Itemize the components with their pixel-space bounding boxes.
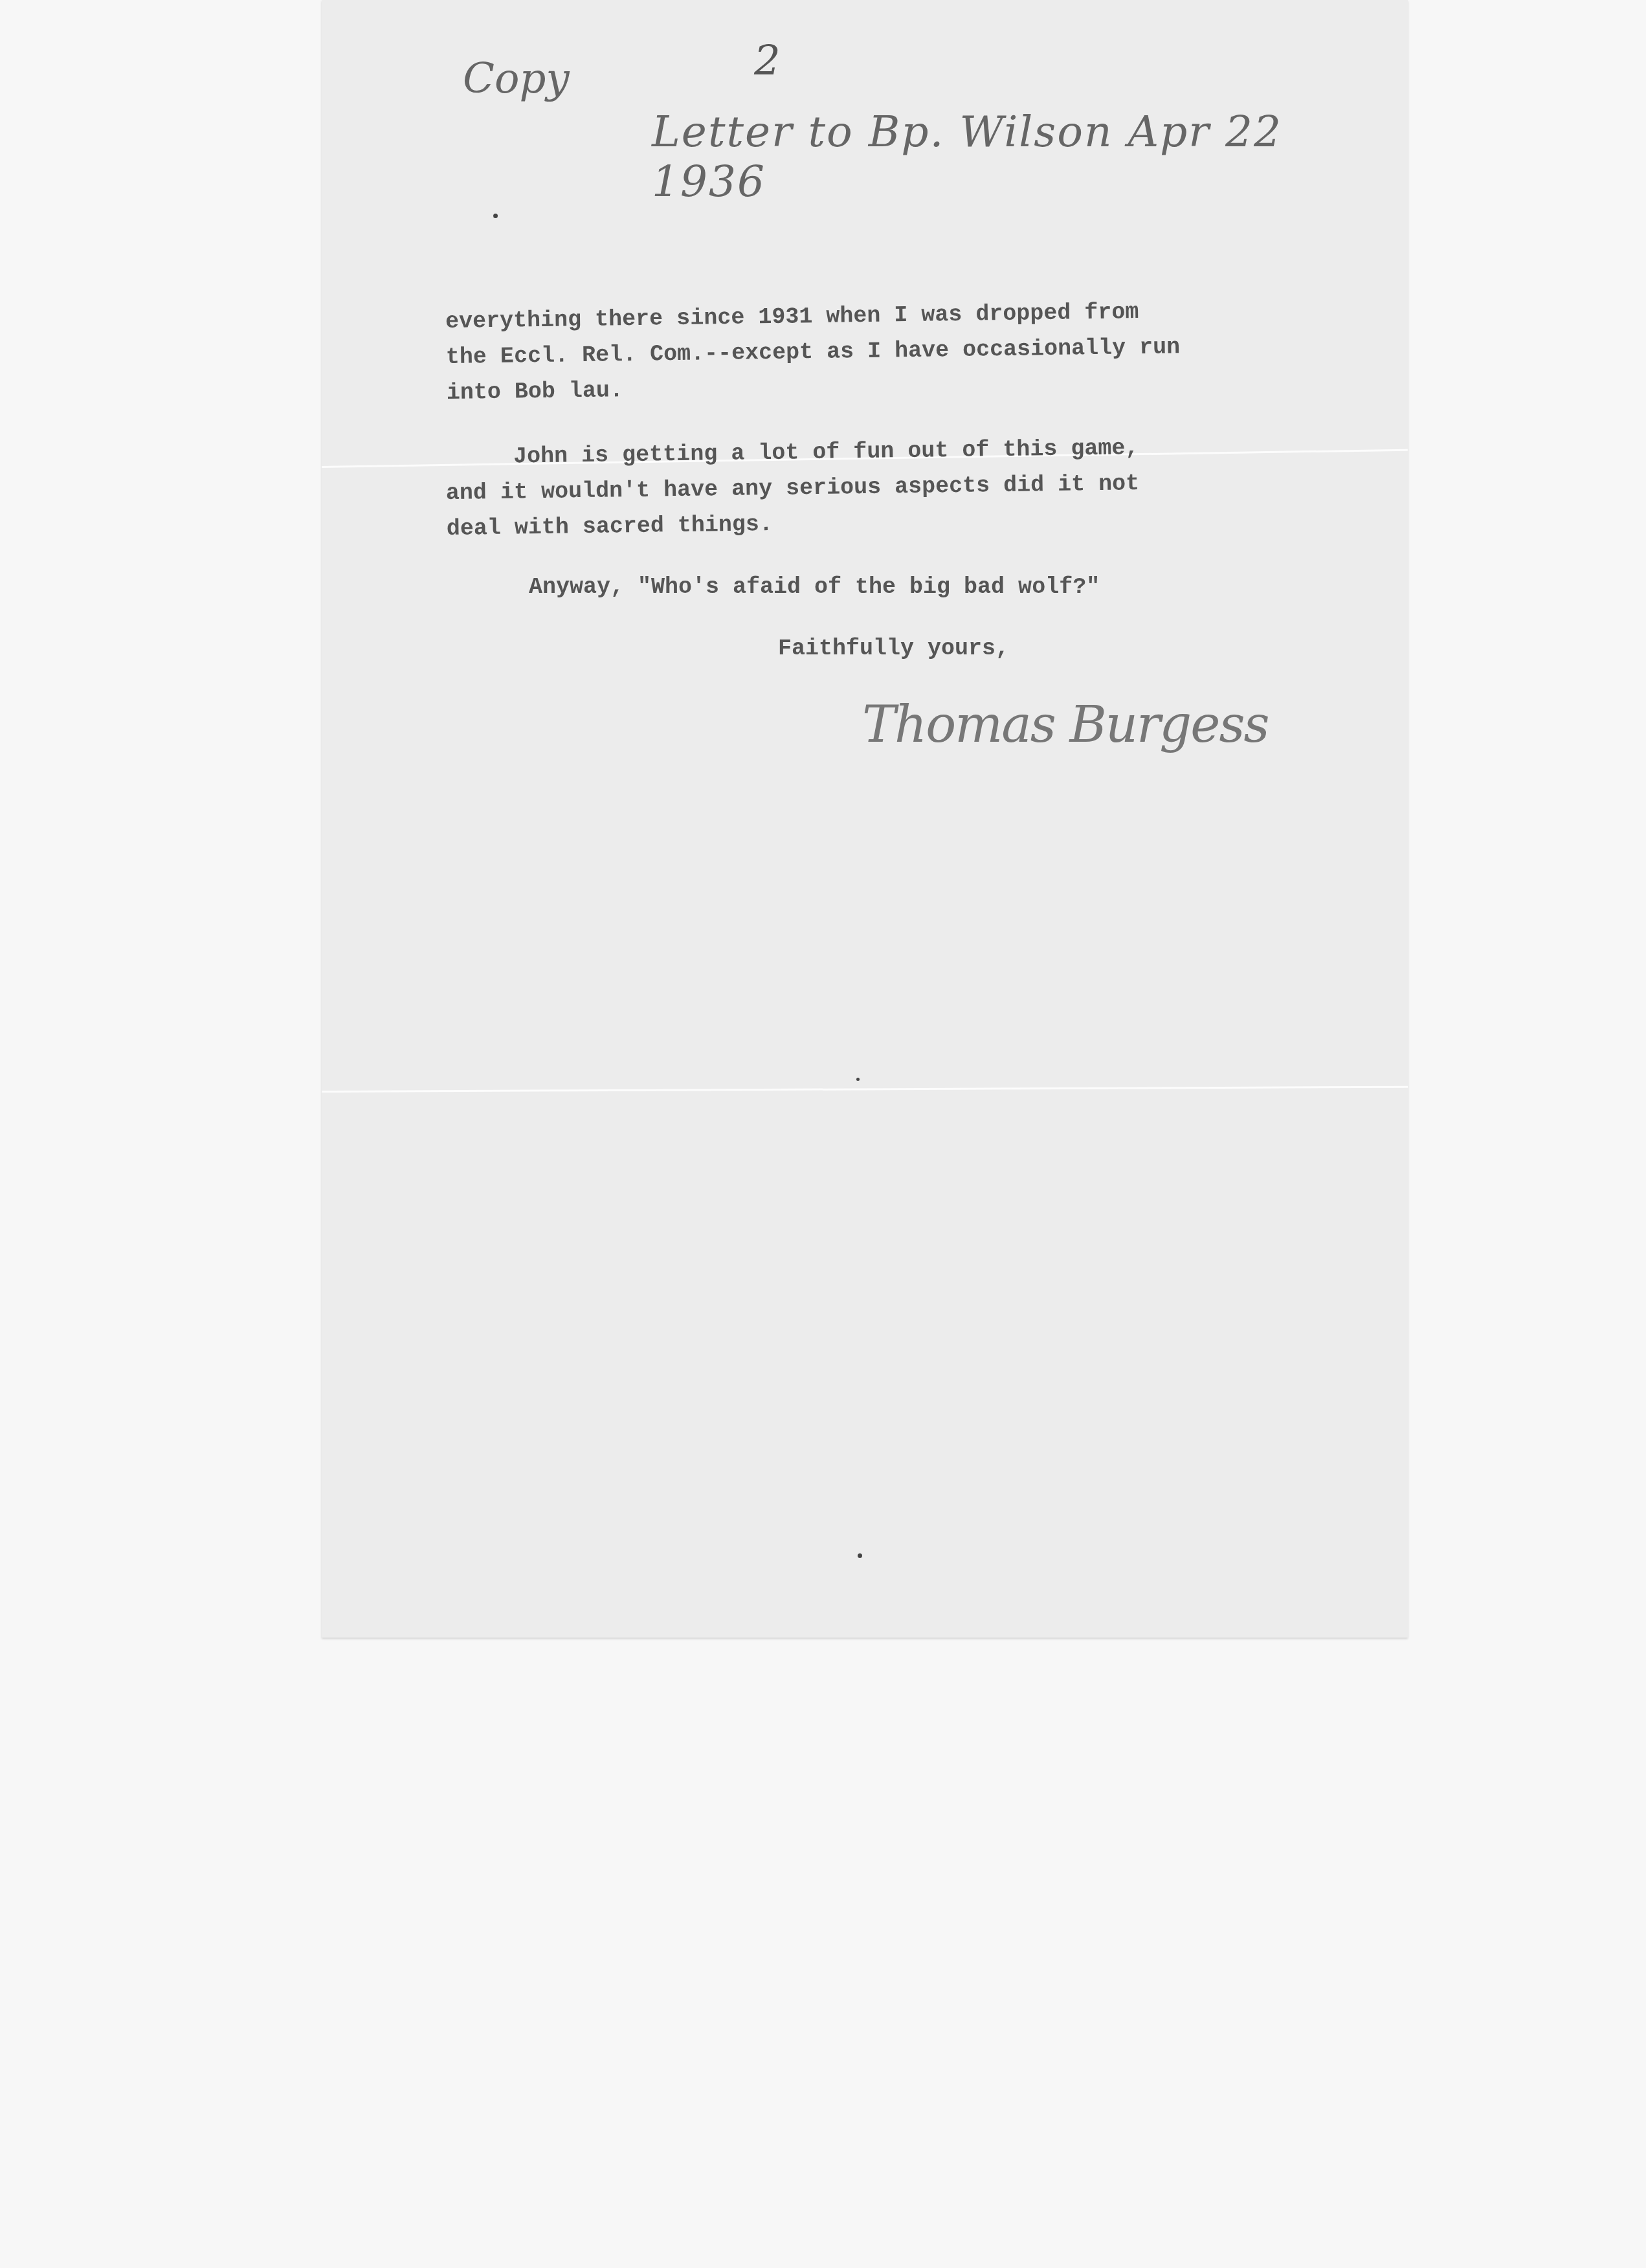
page-number: 2	[754, 38, 781, 85]
ink-dot	[856, 1078, 860, 1081]
ink-dot	[858, 1553, 862, 1558]
paragraph-3: Anyway, "Who's afaid of the big bad wolf…	[529, 570, 1100, 605]
paragraph-2: John is getting a lot of fun out of this…	[445, 430, 1140, 547]
valediction: Faithfully yours,	[778, 631, 1009, 667]
paper-fold-lower	[322, 1086, 1408, 1093]
paragraph-1: everything there since 1931 when I was d…	[445, 294, 1181, 411]
ink-dot	[493, 214, 498, 218]
handwritten-title-note: Letter to Bp. Wilson Apr 22 1936	[652, 107, 1408, 206]
letter-page: Copy 2 Letter to Bp. Wilson Apr 22 1936 …	[322, 0, 1408, 1638]
signature: Thomas Burgess	[862, 696, 1269, 754]
handwritten-copy-note: Copy	[463, 55, 570, 103]
